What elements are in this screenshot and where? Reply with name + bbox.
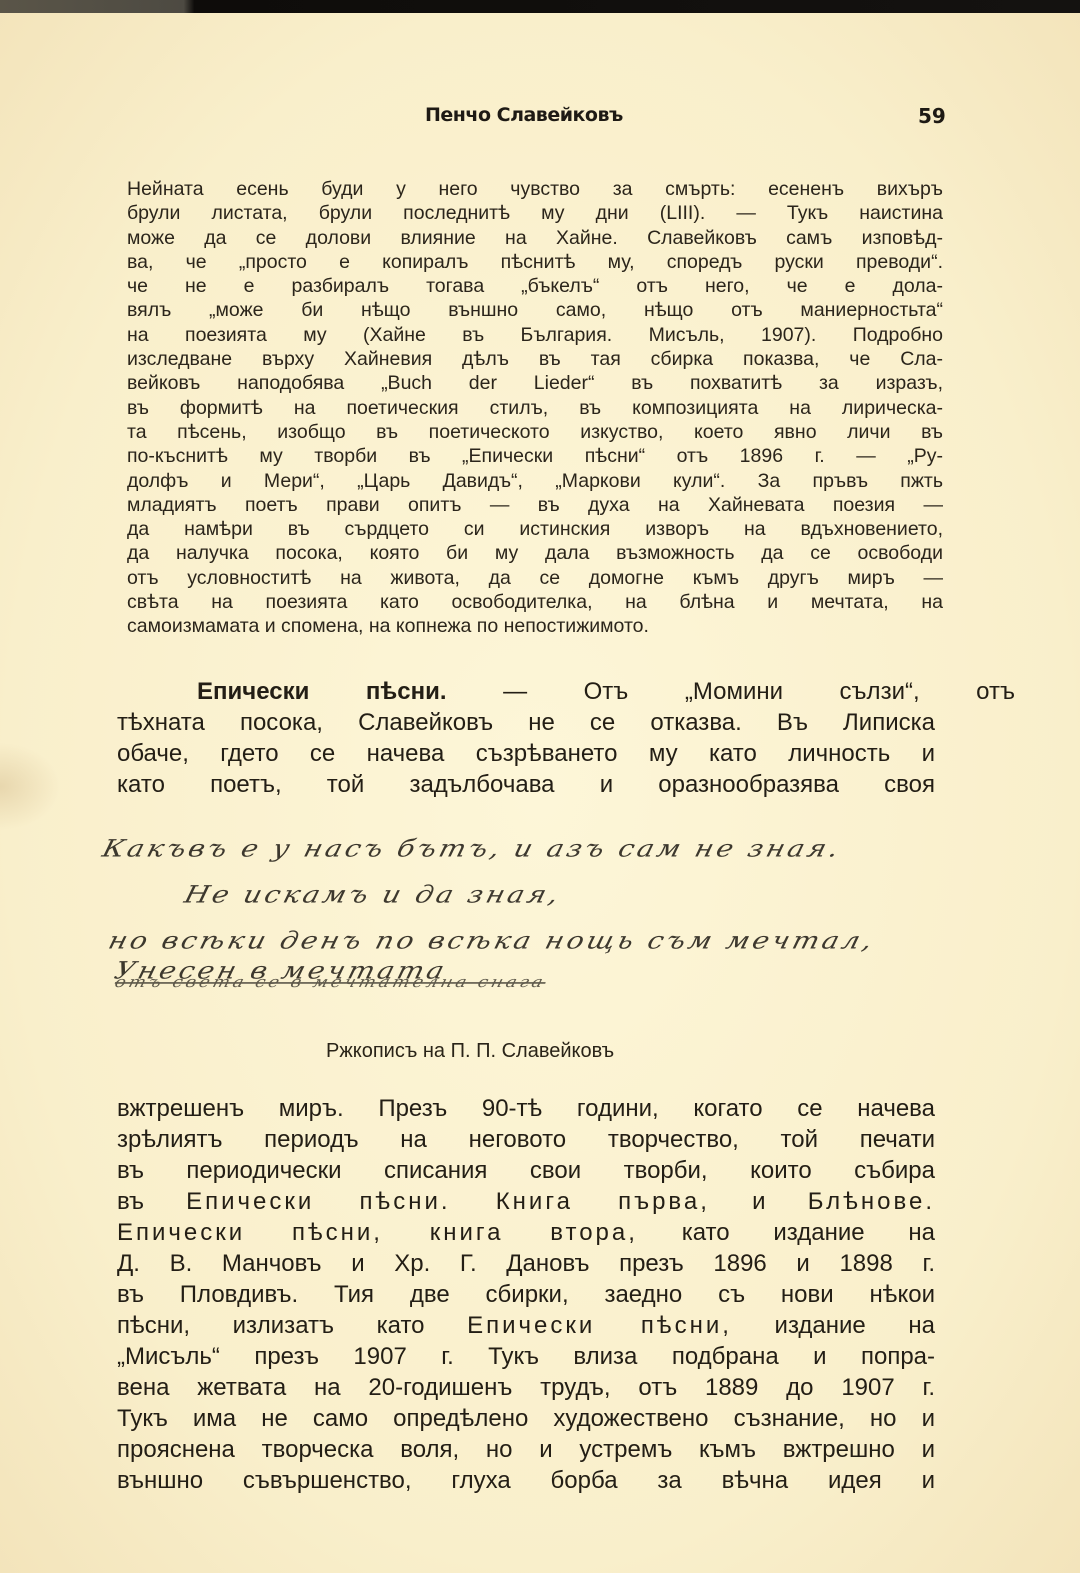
manuscript-facsimile: Какъвъ е у насъ бътъ, и азъ сам не зная.… [95,832,965,1002]
footnote-line: свѣта на поезията като освободителка, на… [127,590,943,614]
page-number: 59 [918,104,946,128]
manuscript-line: но всѣки денъ по всѣка нощь съм мечтал, [106,926,879,954]
manuscript-line: Какъвъ е у насъ бътъ, и азъ сам не зная. [100,834,845,862]
text-span: пѣсни, излизатъ като [117,1312,467,1339]
manuscript-struck-line: отъ света се в мечтателна снага [113,974,548,992]
section-heading: Епически пѣсни. [197,678,447,705]
book-title: Епически пѣсни. Книга първа, [186,1188,710,1215]
footnote-paragraph: Нейната есень буди у него чувство за смъ… [127,177,943,639]
text-span: „Мисъль“ презъ 1907 г. Тукъ влиза подбра… [117,1343,935,1370]
book-title: Епически пѣсни, книга втора, [117,1219,638,1246]
text-span: въ периодически списания свои творби, ко… [117,1157,935,1184]
text-line: тѣхната посока, Славейковъ не се отказва… [117,707,935,738]
footnote-line: младиятъ поетъ прави опитъ — въ духа на … [127,493,943,517]
footnote-line: по-къснитѣ му творби въ „Епически пѣсни“… [127,444,943,468]
footnote-line: вейковъ наподобява „Buch der Lieder“ въ … [127,371,943,395]
footnote-line: долфъ и Мери“, „Царь Давидъ“, „Маркови к… [127,469,943,493]
text-span: външно съвършенство, глуха борба за вѣчн… [117,1467,935,1494]
footnote-line: изследване върху Хайневия дѣлъ въ тая сб… [127,347,943,371]
text-span: и [710,1188,808,1215]
text-line: като поетъ, той задълбочава и оразнообра… [117,769,935,800]
footnote-line: та пѣсень, изобщо въ поетическото изкуст… [127,420,943,444]
book-title: Епически пѣсни, [467,1312,732,1339]
text-line: въ Епически пѣсни. Книга първа, и Блѣнов… [117,1186,935,1217]
text-span: вена жетвата на 20-годишенъ трудъ, отъ 1… [117,1374,935,1401]
footnote-line: да намѣри въ сърдцето си истинския извор… [127,517,943,541]
figure-caption: Ржкописъ на П. П. Славейковъ [326,1040,614,1063]
text-line: вена жетвата на 20-годишенъ трудъ, отъ 1… [117,1372,935,1403]
text-span: въ Пловдивъ. Тия две сбирки, заедно съ н… [117,1281,935,1308]
continuation-paragraph: вжтрешенъ миръ. Презъ 90-тѣ години, кога… [117,1093,935,1496]
scan-top-edge [0,0,1080,13]
text-line: Епически пѣсни, книга втора, като издани… [117,1217,935,1248]
section-intro-paragraph: Епически пѣсни. — Отъ „Момини сълзи“, от… [117,676,935,800]
text-span: като издание на [638,1219,935,1246]
footnote-line: че не е разбиралъ тогава „бъкелъ“ отъ не… [127,274,943,298]
footnote-line: ва, че „просто е копиралъ пѣснитѣ му, сп… [127,250,943,274]
text-line: зрѣлиятъ периодъ на неговото творчество,… [117,1124,935,1155]
text-line: Тукъ има не само опредѣлено художествено… [117,1403,935,1434]
text-line: Д. В. Манчовъ и Хр. Г. Дановъ презъ 1896… [117,1248,935,1279]
text-line: въ периодически списания свои творби, ко… [117,1155,935,1186]
footnote-line: Нейната есень буди у него чувство за смъ… [127,177,943,201]
text-line: „Мисъль“ презъ 1907 г. Тукъ влиза подбра… [117,1341,935,1372]
text-line: прояснена творческа воля, но и устремъ к… [117,1434,935,1465]
footnote-line: може да се долови влияние на Хайне. Слав… [127,226,943,250]
footnote-line: да налучка посока, която би му дала възм… [127,541,943,565]
footnote-line: вялъ „може би нѣщо външно само, нѣщо отъ… [127,298,943,322]
text-line: Епически пѣсни. — Отъ „Момини сълзи“, от… [117,676,1015,707]
footnote-line: отъ условноститѣ на живота, да се домогн… [127,566,943,590]
text-span: въ [117,1188,186,1215]
text-line: въ Пловдивъ. Тия две сбирки, заедно съ н… [117,1279,935,1310]
text-line: вжтрешенъ миръ. Презъ 90-тѣ години, кога… [117,1093,935,1124]
footnote-line: брули листата, брули последнитѣ му дни (… [127,201,943,225]
text-span: зрѣлиятъ периодъ на неговото творчество,… [117,1126,935,1153]
text-line: пѣсни, излизатъ като Епически пѣсни, изд… [117,1310,935,1341]
running-title: Пенчо Славейковъ [425,104,623,126]
text-span: вжтрешенъ миръ. Презъ 90-тѣ години, кога… [117,1095,935,1122]
footnote-line: самоизмамата и спомена, на копнежа по не… [127,614,943,638]
text-span: Тукъ има не само опредѣлено художествено… [117,1405,935,1432]
manuscript-line: Не искамъ и да зная, [182,880,565,908]
text-span: издание на [732,1312,935,1339]
text-span: Д. В. Манчовъ и Хр. Г. Дановъ презъ 1896… [117,1250,935,1277]
text-line: обаче, гдето се начева съзрѣването му ка… [117,738,935,769]
footnote-line: на поезията му (Хайне въ България. Мисъл… [127,323,943,347]
footnote-line: въ формитѣ на поетическия стилъ, въ комп… [127,396,943,420]
text-line: външно съвършенство, глуха борба за вѣчн… [117,1465,935,1496]
text-span: прояснена творческа воля, но и устремъ к… [117,1436,935,1463]
book-title: Блѣнове. [808,1188,935,1215]
